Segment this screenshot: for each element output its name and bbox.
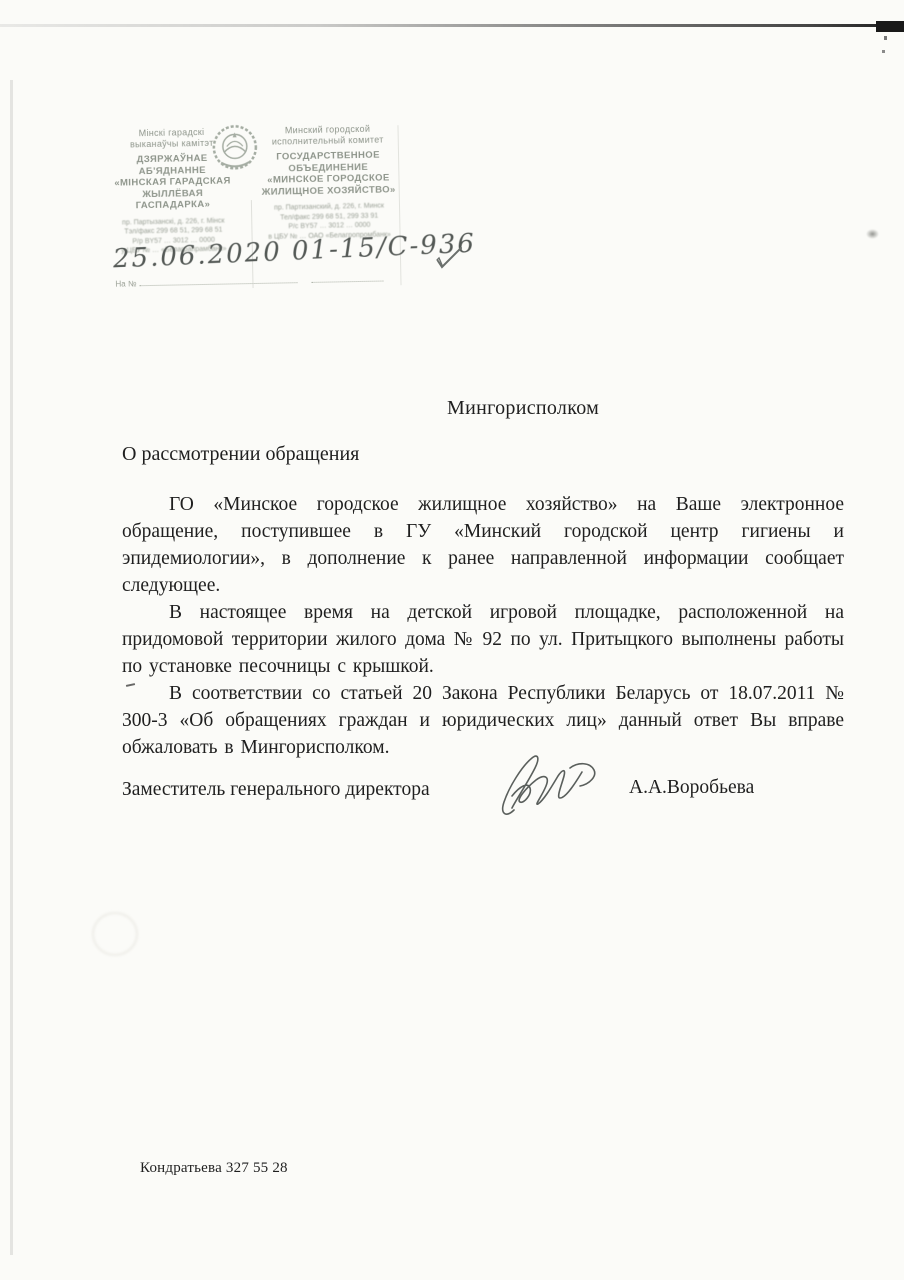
letterhead-stamp: Мінскі гарадскі выканаўчы камітэт ДЗЯРЖА… xyxy=(106,119,401,295)
recipient: Мингорисполком xyxy=(447,397,599,420)
scan-artifact-corner-block xyxy=(876,21,904,32)
reply-reference-label: На № xyxy=(115,279,136,288)
letterhead-right-column: Минский городской исполнительный комитет… xyxy=(256,123,400,242)
executor-contact: Кондратьева 327 55 28 xyxy=(140,1160,288,1177)
signature-scribble xyxy=(492,748,602,828)
paragraph: ГО «Минское городское жилищное хозяйство… xyxy=(122,491,844,599)
scan-artifact-left-edge xyxy=(10,80,13,1255)
org-name-line: ЖЫЛЛЁВАЯ ГАСПАДАРКА» xyxy=(108,187,238,212)
faint-ring-smudge xyxy=(92,912,138,956)
scan-artifact-top-line xyxy=(0,24,904,27)
signer-title: Заместитель генерального директора xyxy=(122,779,430,801)
scanned-letter-page: Мінскі гарадскі выканаўчы камітэт ДЗЯРЖА… xyxy=(0,0,904,1280)
org-name-line: ЖИЛИЩНОЕ ХОЗЯЙСТВО» xyxy=(258,184,400,198)
paragraph: В соответствии со статьей 20 Закона Респ… xyxy=(122,680,844,761)
subject-line: О рассмотрении обращения xyxy=(122,443,359,466)
signer-name: А.А.Воробьева xyxy=(629,777,754,799)
reply-reference-line: На № xyxy=(115,271,401,288)
scan-speck xyxy=(882,50,885,53)
dotted-line xyxy=(311,272,383,283)
coat-of-arms-icon xyxy=(210,122,259,175)
smudge-mark xyxy=(866,229,879,239)
checkmark-annotation xyxy=(434,245,466,273)
letter-body: ГО «Минское городское жилищное хозяйство… xyxy=(122,491,844,761)
paragraph: В настоящее время на детской игровой пло… xyxy=(122,599,844,680)
dotted-line xyxy=(139,273,297,286)
scan-speck xyxy=(884,36,887,40)
